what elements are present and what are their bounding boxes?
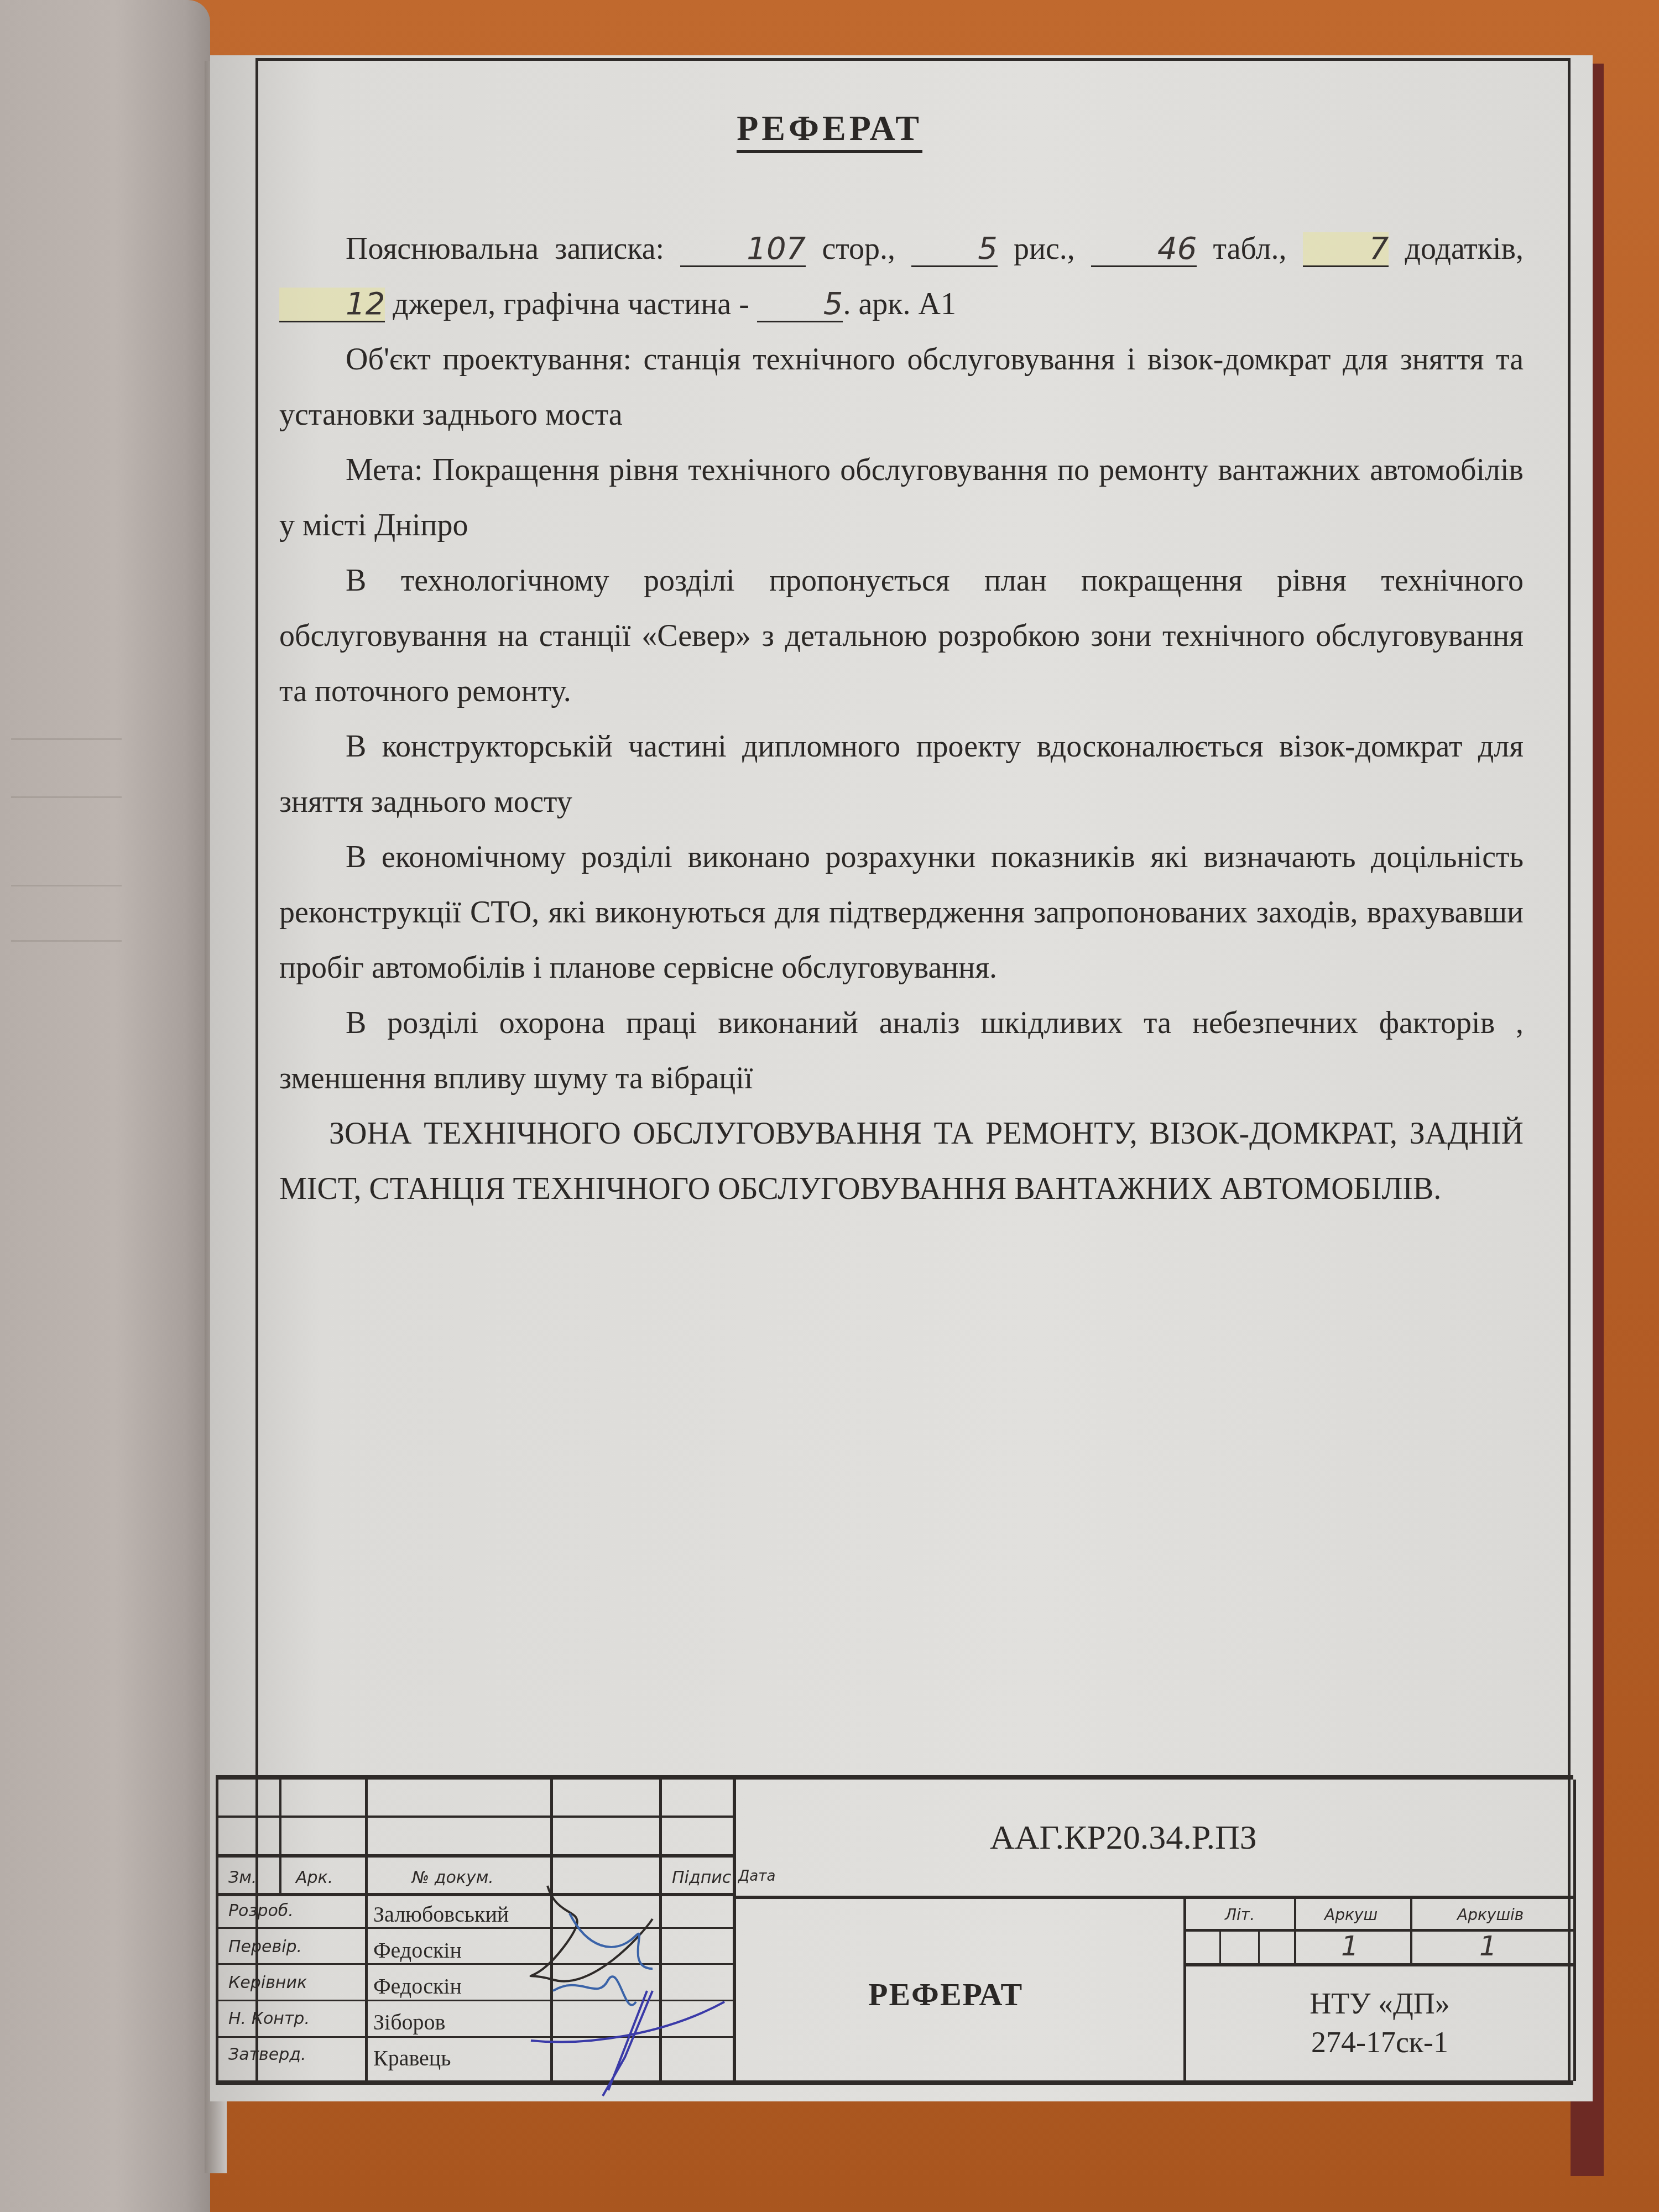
paragraph-technology: В технологічному розділі пропонується пл… [279, 553, 1524, 719]
header-sheet: Арк. [296, 1868, 333, 1887]
document-code: ААГ.КР20.34.Р.ПЗ [990, 1818, 1257, 1858]
sheets-count: 5 [757, 288, 843, 322]
sheet-number: 1 [1341, 1930, 1359, 1962]
figures-count: 5 [911, 232, 998, 267]
name-developer: Залюбовський [373, 1901, 509, 1927]
sheets-total-label: Аркушів [1457, 1906, 1524, 1924]
group-code: 274-17ск-1 [1186, 2023, 1573, 2062]
sources-count: 12 [279, 288, 385, 322]
role-developer: Розроб. [228, 1901, 294, 1921]
header-doc-no: № докум. [412, 1868, 494, 1887]
paragraph-safety: В розділі охорона праці виконаний аналіз… [279, 995, 1524, 1106]
role-approver: Затверд. [228, 2045, 306, 2064]
pages-count: 107 [680, 232, 806, 267]
page-title: РЕФЕРАТ [0, 108, 1659, 149]
tables-count: 46 [1091, 232, 1197, 267]
header-signature: Підпис [672, 1868, 731, 1887]
name-supervisor: Федоскін [373, 1973, 462, 1999]
keywords: ЗОНА ТЕХНІЧНОГО ОБСЛУГОВУВАННЯ ТА РЕМОНТ… [279, 1106, 1524, 1217]
sheet-label: Аркуш [1324, 1906, 1378, 1924]
role-supervisor: Керівник [228, 1973, 307, 1992]
summary-line: Пояснювальна записка: 107 стор., 5 рис.,… [279, 221, 1524, 332]
sheets-total: 1 [1479, 1930, 1497, 1962]
name-checker: Федоскін [373, 1937, 462, 1963]
name-approver: Кравець [373, 2045, 451, 2071]
header-change: Зм. [228, 1868, 257, 1887]
paragraph-economy: В економічному розділі виконано розрахун… [279, 830, 1524, 995]
role-checker: Перевір. [228, 1937, 302, 1957]
paragraph-design: В конструкторській частині дипломного пр… [279, 719, 1524, 830]
lit-label: Літ. [1225, 1906, 1255, 1924]
header-date: Дата [738, 1868, 775, 1885]
paragraph-object: Об'єкт проектування: станція технічного … [279, 332, 1524, 442]
organization-name: НТУ «ДП» [1186, 1984, 1573, 2023]
paragraph-goal: Мета: Покращення рівня технічного обслуг… [279, 442, 1524, 553]
left-page [0, 0, 210, 2212]
abstract-body: Пояснювальна записка: 107 стор., 5 рис.,… [279, 221, 1524, 1217]
organization-block: НТУ «ДП» 274-17ск-1 [1186, 1984, 1573, 2062]
title-block: Зм. Арк. № докум. Підпис Дата Розроб. За… [216, 1775, 1573, 2085]
role-norm-control: Н. Контр. [228, 2009, 310, 2028]
document-subject: РЕФЕРАТ [868, 1976, 1023, 2013]
name-norm-control: Зіборов [373, 2009, 445, 2035]
appendices-count: 7 [1303, 232, 1389, 267]
